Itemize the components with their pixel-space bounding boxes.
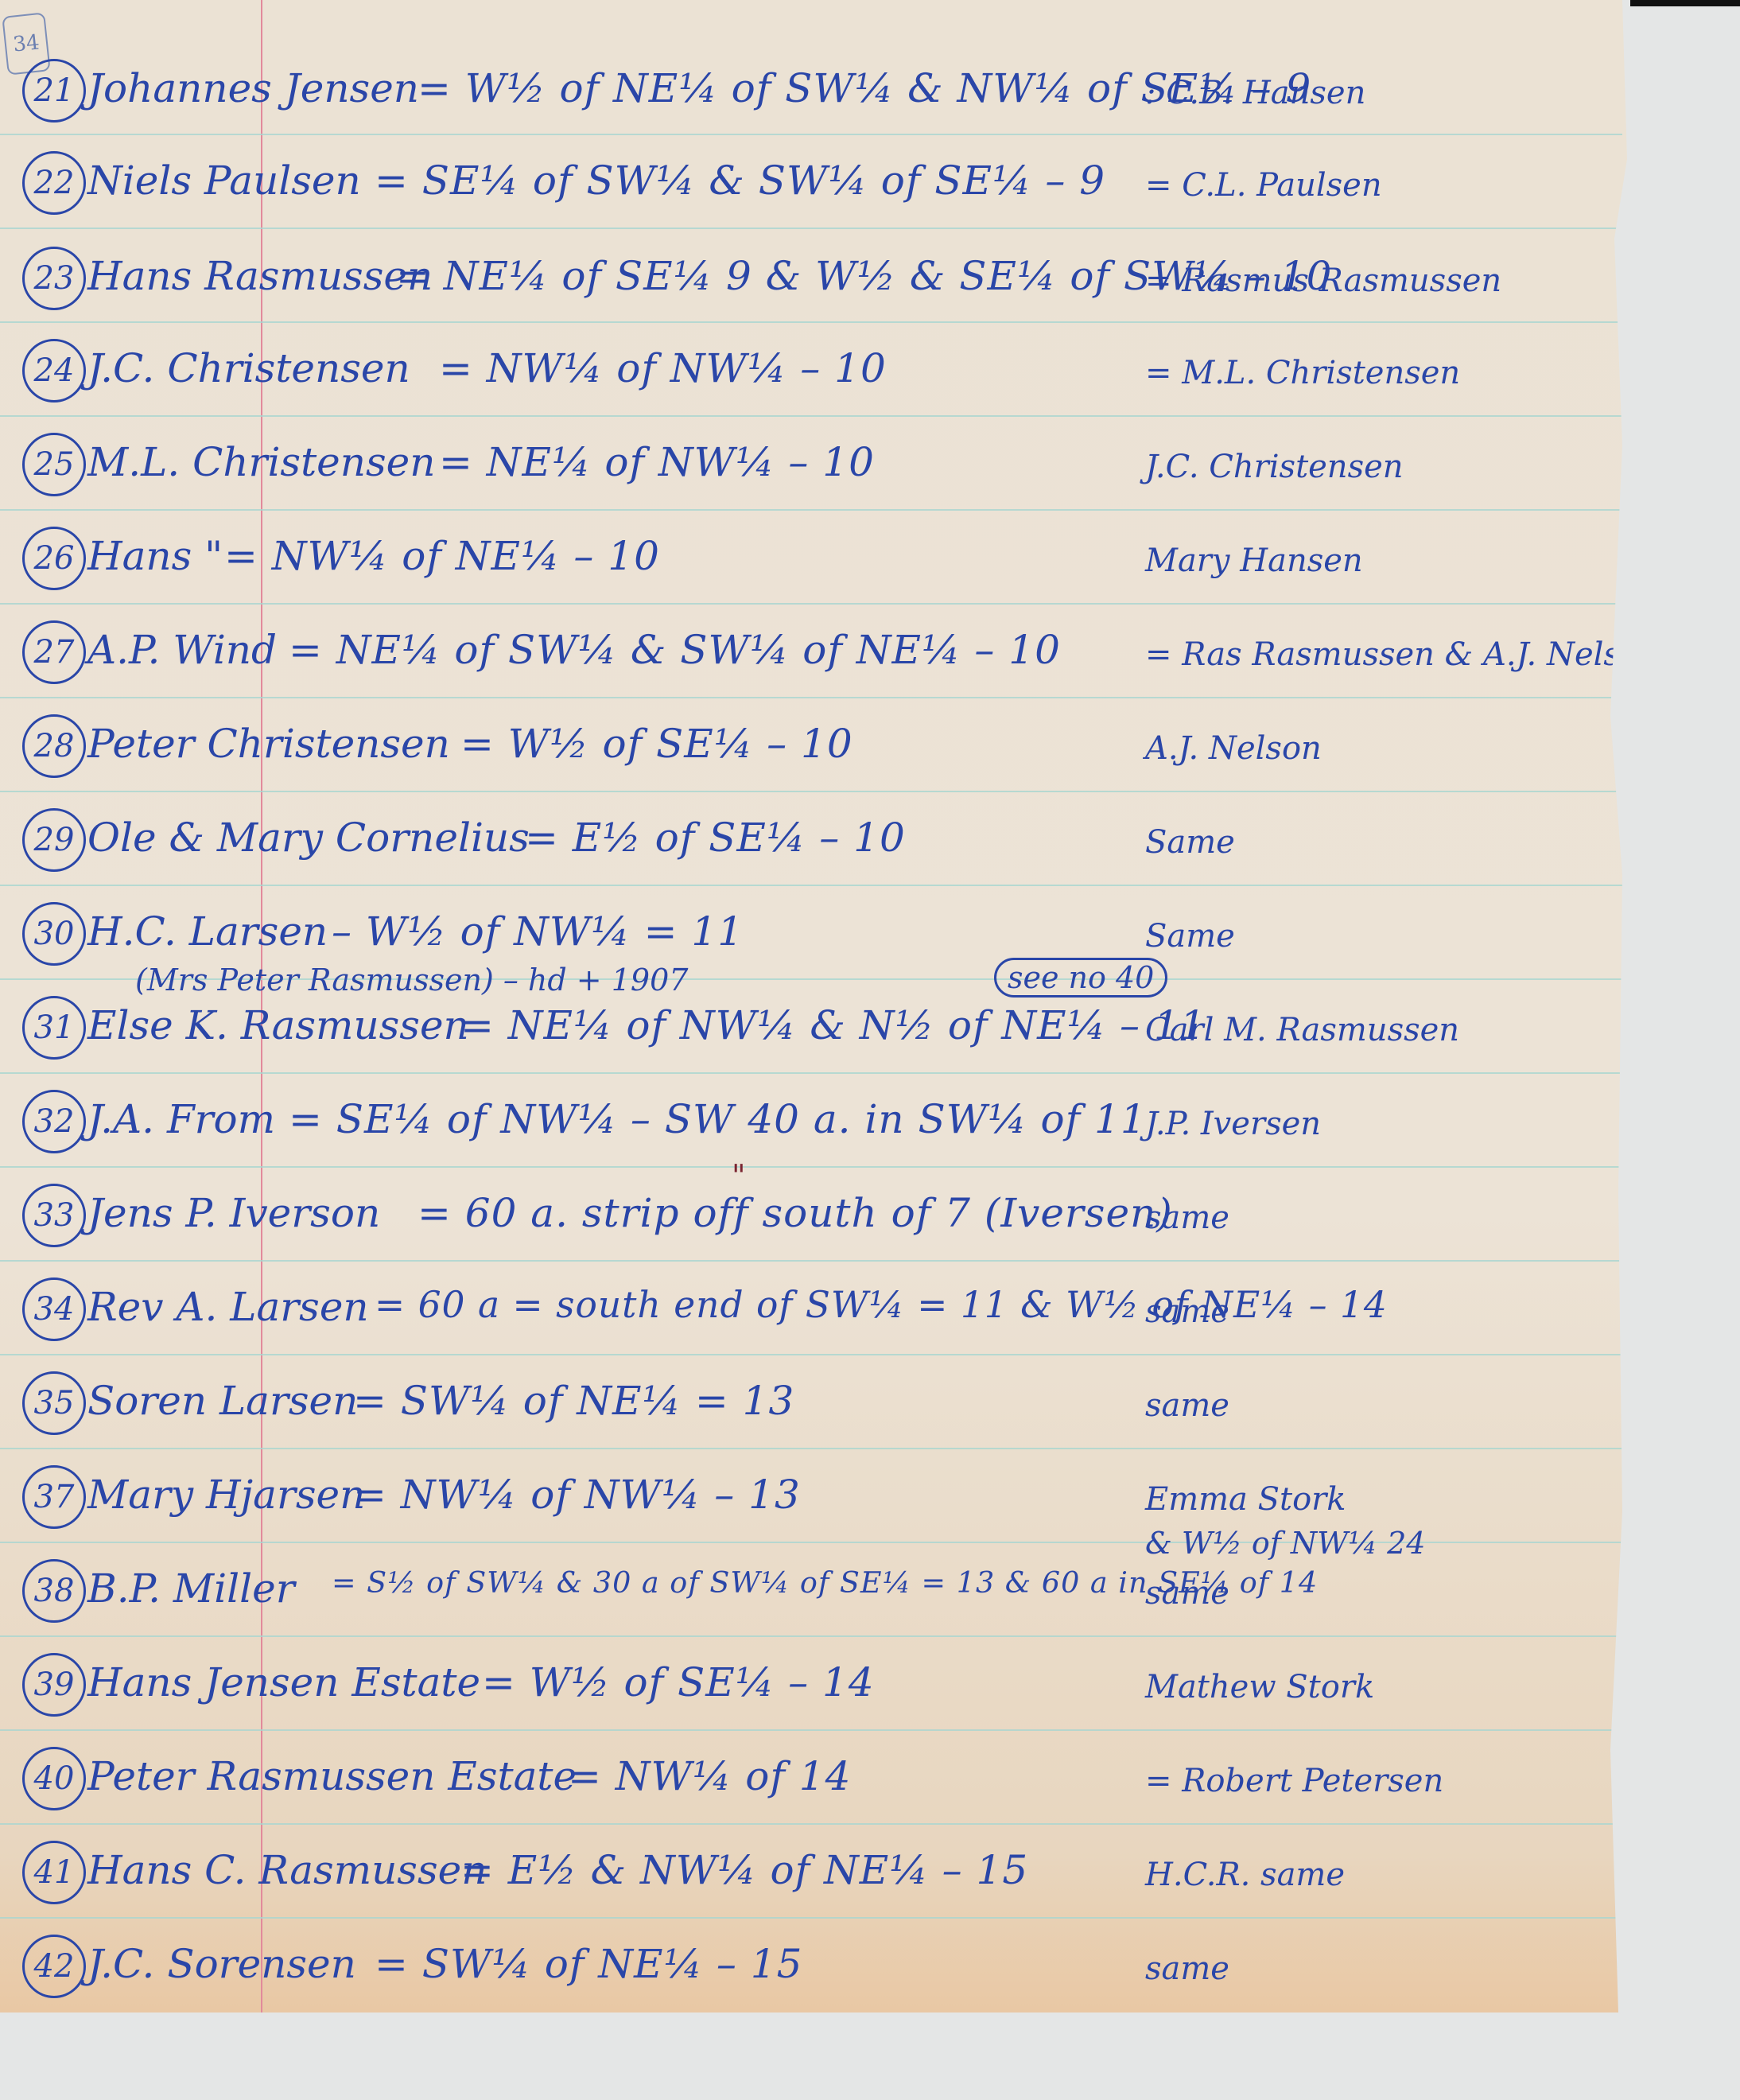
successor-name: same bbox=[1145, 1575, 1229, 1612]
entry-number: 31 bbox=[22, 996, 86, 1060]
successor-name: Same bbox=[1145, 824, 1235, 861]
entry-number: 21 bbox=[22, 59, 86, 122]
list-entry: 26 Hans " = NW¼ of NE¼ – 10 Mary Hansen bbox=[0, 515, 1622, 603]
list-entry: 29 Ole & Mary Cornelius = E½ of SE¼ – 10… bbox=[0, 797, 1622, 885]
list-entry: 33 Jens P. Iverson = 60 a. strip off sou… bbox=[0, 1172, 1622, 1260]
successor-name: same bbox=[1145, 1200, 1229, 1236]
owner-name: M.L. Christensen bbox=[87, 439, 435, 485]
owner-name: Hans Jensen Estate bbox=[87, 1659, 480, 1705]
ruled-line bbox=[0, 603, 1622, 605]
successor-name: J.C. Christensen bbox=[1145, 449, 1404, 485]
legal-description: = NW¼ of 14 bbox=[568, 1753, 851, 1799]
list-entry: 22 Niels Paulsen = SE¼ of SW¼ & SW¼ of S… bbox=[0, 140, 1622, 227]
successor-name: A.J. Nelson bbox=[1145, 730, 1322, 767]
notebook-page: 34 21 Johannes Jensen = W½ of NE¼ of SW¼… bbox=[0, 0, 1630, 2012]
ruled-line bbox=[0, 885, 1622, 886]
entry-number: 32 bbox=[22, 1090, 86, 1153]
legal-description: = NE¼ of NW¼ & N½ of NE¼ – 11 bbox=[460, 1002, 1206, 1048]
legal-description: = 60 a = south end of SW¼ = 11 & W½ of N… bbox=[375, 1284, 1388, 1326]
ruled-line bbox=[0, 1635, 1622, 1637]
legal-description: = NW¼ of NW¼ – 13 bbox=[353, 1472, 801, 1518]
successor-name: Emma Stork bbox=[1145, 1481, 1346, 1518]
ruled-line bbox=[0, 1166, 1622, 1168]
list-entry: 28 Peter Christensen = W½ of SE¼ – 10 A.… bbox=[0, 703, 1622, 791]
ruled-line bbox=[0, 1354, 1622, 1355]
owner-name: Jens P. Iverson bbox=[87, 1190, 380, 1236]
entry-number: 41 bbox=[22, 1841, 86, 1904]
list-entry: 21 Johannes Jensen = W½ of NE¼ of SW¼ & … bbox=[0, 48, 1622, 135]
entry-number: 22 bbox=[22, 151, 86, 215]
successor-name: : C.B. Hansen bbox=[1145, 75, 1365, 111]
entry-number: 39 bbox=[22, 1653, 86, 1717]
legal-description: = NE¼ of NW¼ – 10 bbox=[439, 439, 875, 485]
legal-description: = E½ of SE¼ – 10 bbox=[525, 815, 906, 861]
legal-description: = E½ & NW¼ of NE¼ – 15 bbox=[460, 1847, 1028, 1893]
ruled-line bbox=[0, 415, 1622, 417]
successor-name: = Robert Petersen bbox=[1145, 1763, 1443, 1799]
list-entry: 23 Hans Rasmussen = NE¼ of SE¼ 9 & W½ & … bbox=[0, 235, 1622, 323]
entry-number: 37 bbox=[22, 1465, 86, 1529]
successor-name: = Rasmus Rasmussen bbox=[1145, 262, 1501, 299]
list-entry: 42 J.C. Sorensen = SW¼ of NE¼ – 15 same bbox=[0, 1923, 1622, 2011]
owner-name: Rev A. Larsen bbox=[87, 1284, 369, 1330]
successor-name: same bbox=[1145, 1293, 1229, 1330]
list-entry: 38 B.P. Miller = S½ of SW¼ & 30 a of SW¼… bbox=[0, 1548, 1622, 1635]
owner-name: Peter Rasmussen Estate bbox=[87, 1753, 577, 1799]
entry-number: 23 bbox=[22, 247, 86, 310]
owner-name: A.P. Wind bbox=[87, 627, 277, 673]
owner-name: Mary Hjarsen bbox=[87, 1472, 365, 1518]
ruled-line bbox=[0, 697, 1622, 698]
legal-description: = 60 a. strip off south of 7 (Iversen) bbox=[418, 1190, 1173, 1236]
ruled-line bbox=[0, 1072, 1622, 1074]
successor-name: = M.L. Christensen bbox=[1145, 355, 1460, 391]
owner-name: Johannes Jensen bbox=[87, 65, 419, 111]
ruled-line bbox=[0, 791, 1622, 792]
owner-name: J.A. From bbox=[87, 1096, 275, 1142]
owner-name: Soren Larsen bbox=[87, 1378, 358, 1424]
owner-name: Peter Christensen bbox=[87, 721, 450, 767]
owner-name: J.C. Christensen bbox=[87, 345, 410, 391]
entry-number: 29 bbox=[22, 808, 86, 872]
legal-description: = NW¼ of NE¼ – 10 bbox=[224, 533, 660, 579]
successor-name: Same bbox=[1145, 918, 1235, 955]
legal-description: – W½ of NW¼ = 11 bbox=[332, 908, 744, 955]
list-entry: 32 J.A. From = SE¼ of NW¼ – SW 40 a. in … bbox=[0, 1079, 1622, 1166]
list-entry: 27 A.P. Wind = NE¼ of SW¼ & SW¼ of NE¼ –… bbox=[0, 609, 1622, 697]
entry-number: 30 bbox=[22, 902, 86, 966]
scanner-edge bbox=[1630, 0, 1740, 6]
entry-number: 38 bbox=[22, 1559, 86, 1623]
legal-description: = NW¼ of NW¼ – 10 bbox=[439, 345, 887, 391]
ruled-line bbox=[0, 1448, 1622, 1449]
legal-description: = SE¼ of NW¼ – SW 40 a. in SW¼ of 11 bbox=[289, 1096, 1147, 1142]
list-entry: 39 Hans Jensen Estate = W½ of SE¼ – 14 M… bbox=[0, 1642, 1622, 1729]
entry-number: 40 bbox=[22, 1747, 86, 1810]
legal-description: = SE¼ of SW¼ & SW¼ of SE¼ – 9 bbox=[375, 157, 1105, 204]
owner-name: Else K. Rasmussen bbox=[87, 1002, 469, 1048]
entry-number: 28 bbox=[22, 714, 86, 778]
ruled-line bbox=[0, 1917, 1622, 1919]
owner-name: Hans C. Rasmussen bbox=[87, 1847, 487, 1893]
ruled-line bbox=[0, 1823, 1622, 1825]
owner-name: B.P. Miller bbox=[87, 1565, 295, 1612]
list-entry: 41 Hans C. Rasmussen = E½ & NW¼ of NE¼ –… bbox=[0, 1830, 1622, 1917]
list-entry: 25 M.L. Christensen = NE¼ of NW¼ – 10 J.… bbox=[0, 422, 1622, 509]
ruled-line bbox=[0, 509, 1622, 511]
list-entry: 24 J.C. Christensen = NW¼ of NW¼ – 10 = … bbox=[0, 328, 1622, 415]
successor-name: same bbox=[1145, 1950, 1229, 1987]
annotation: (Mrs Peter Rasmussen) – hd + 1907 bbox=[135, 962, 688, 997]
entry-number: 27 bbox=[22, 620, 86, 684]
legal-description: = W½ of SE¼ – 10 bbox=[460, 721, 853, 767]
owner-name: Niels Paulsen bbox=[87, 157, 361, 204]
owner-name: Hans " bbox=[87, 533, 223, 579]
successor-name: Mary Hansen bbox=[1145, 542, 1363, 579]
ruled-line bbox=[0, 1729, 1622, 1731]
red-ditto-mark: " bbox=[732, 1158, 745, 1193]
ruled-line bbox=[0, 1260, 1622, 1262]
entry-number: 24 bbox=[22, 339, 86, 402]
legal-description: = NE¼ of SW¼ & SW¼ of NE¼ – 10 bbox=[289, 627, 1061, 673]
ruled-line bbox=[0, 227, 1622, 229]
owner-name: Ole & Mary Cornelius bbox=[87, 815, 530, 861]
entry-number: 35 bbox=[22, 1371, 86, 1435]
successor-name: Carl M. Rasmussen bbox=[1145, 1012, 1459, 1048]
entry-number: 42 bbox=[22, 1935, 86, 1998]
entry-number: 25 bbox=[22, 433, 86, 496]
entry-number: 33 bbox=[22, 1184, 86, 1247]
legal-description: = SW¼ of NE¼ = 13 bbox=[353, 1378, 794, 1424]
owner-name: H.C. Larsen bbox=[87, 908, 328, 955]
list-entry: 31 Else K. Rasmussen = NE¼ of NW¼ & N½ o… bbox=[0, 985, 1622, 1072]
successor-name: Mathew Stork bbox=[1145, 1669, 1374, 1705]
owner-name: J.C. Sorensen bbox=[87, 1941, 356, 1987]
list-entry: 34 Rev A. Larsen = 60 a = south end of S… bbox=[0, 1266, 1622, 1354]
legal-description: = W½ of SE¼ – 14 bbox=[482, 1659, 875, 1705]
list-entry: 35 Soren Larsen = SW¼ of NE¼ = 13 same bbox=[0, 1360, 1622, 1448]
list-entry: 40 Peter Rasmussen Estate = NW¼ of 14 = … bbox=[0, 1736, 1622, 1823]
legal-description: = SW¼ of NE¼ – 15 bbox=[375, 1941, 802, 1987]
successor-name: H.C.R. same bbox=[1145, 1857, 1345, 1893]
owner-name: Hans Rasmussen bbox=[87, 253, 433, 299]
circled-note: see no 40 bbox=[994, 958, 1167, 997]
successor-name: same bbox=[1145, 1387, 1229, 1424]
list-entry: 37 Mary Hjarsen = NW¼ of NW¼ – 13 Emma S… bbox=[0, 1454, 1622, 1542]
entry-number: 34 bbox=[22, 1277, 86, 1341]
successor-name: = C.L. Paulsen bbox=[1145, 167, 1382, 204]
successor-name: J.P. Iversen bbox=[1145, 1106, 1321, 1142]
entry-number: 26 bbox=[22, 527, 86, 590]
successor-name: = Ras Rasmussen & A.J. Nelson bbox=[1145, 636, 1660, 673]
